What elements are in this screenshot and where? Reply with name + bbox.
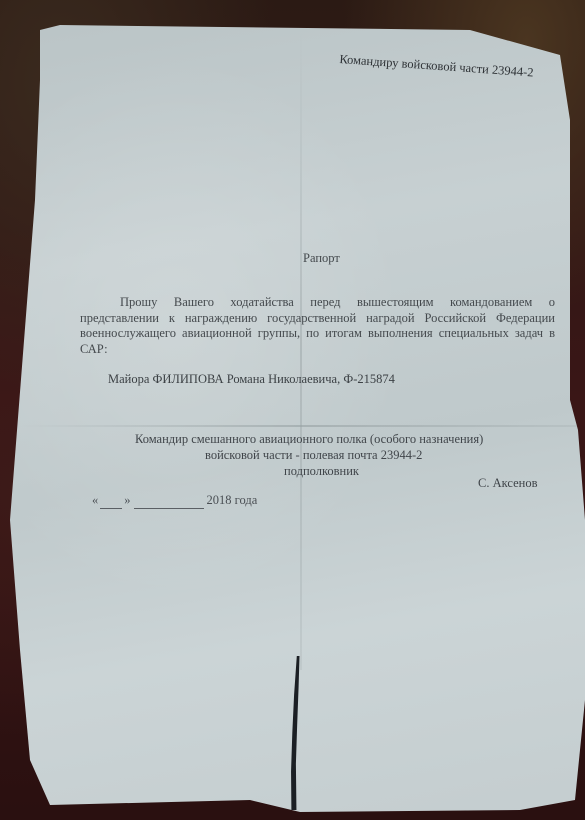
nominee-line: Майора ФИЛИПОВА Романа Николаевича, Ф-21… bbox=[108, 372, 395, 387]
date-line: « » 2018 года bbox=[92, 493, 257, 509]
request-body: Прошу Вашего ходатайства перед вышестоящ… bbox=[80, 295, 555, 357]
month-blank bbox=[134, 493, 204, 509]
addressee-line: Командиру войсковой части 23944-2 bbox=[339, 52, 534, 81]
date-open-quote: « bbox=[92, 493, 98, 507]
commander-title-line1: Командир смешанного авиационного полка (… bbox=[135, 432, 483, 447]
commander-title-line2: войсковой части - полевая почта 23944-2 bbox=[205, 448, 422, 463]
horizontal-fold-crease bbox=[20, 425, 585, 427]
paper-sheet: Командиру войсковой части 23944-2 Рапорт… bbox=[0, 0, 585, 820]
commander-rank: подполковник bbox=[284, 464, 359, 479]
photo-background: Командиру войсковой части 23944-2 Рапорт… bbox=[0, 0, 585, 820]
document-title: Рапорт bbox=[303, 251, 340, 266]
commander-name: С. Аксенов bbox=[478, 476, 537, 491]
date-year: 2018 года bbox=[207, 493, 258, 507]
date-close-quote: » bbox=[124, 493, 130, 507]
day-blank bbox=[100, 493, 122, 509]
